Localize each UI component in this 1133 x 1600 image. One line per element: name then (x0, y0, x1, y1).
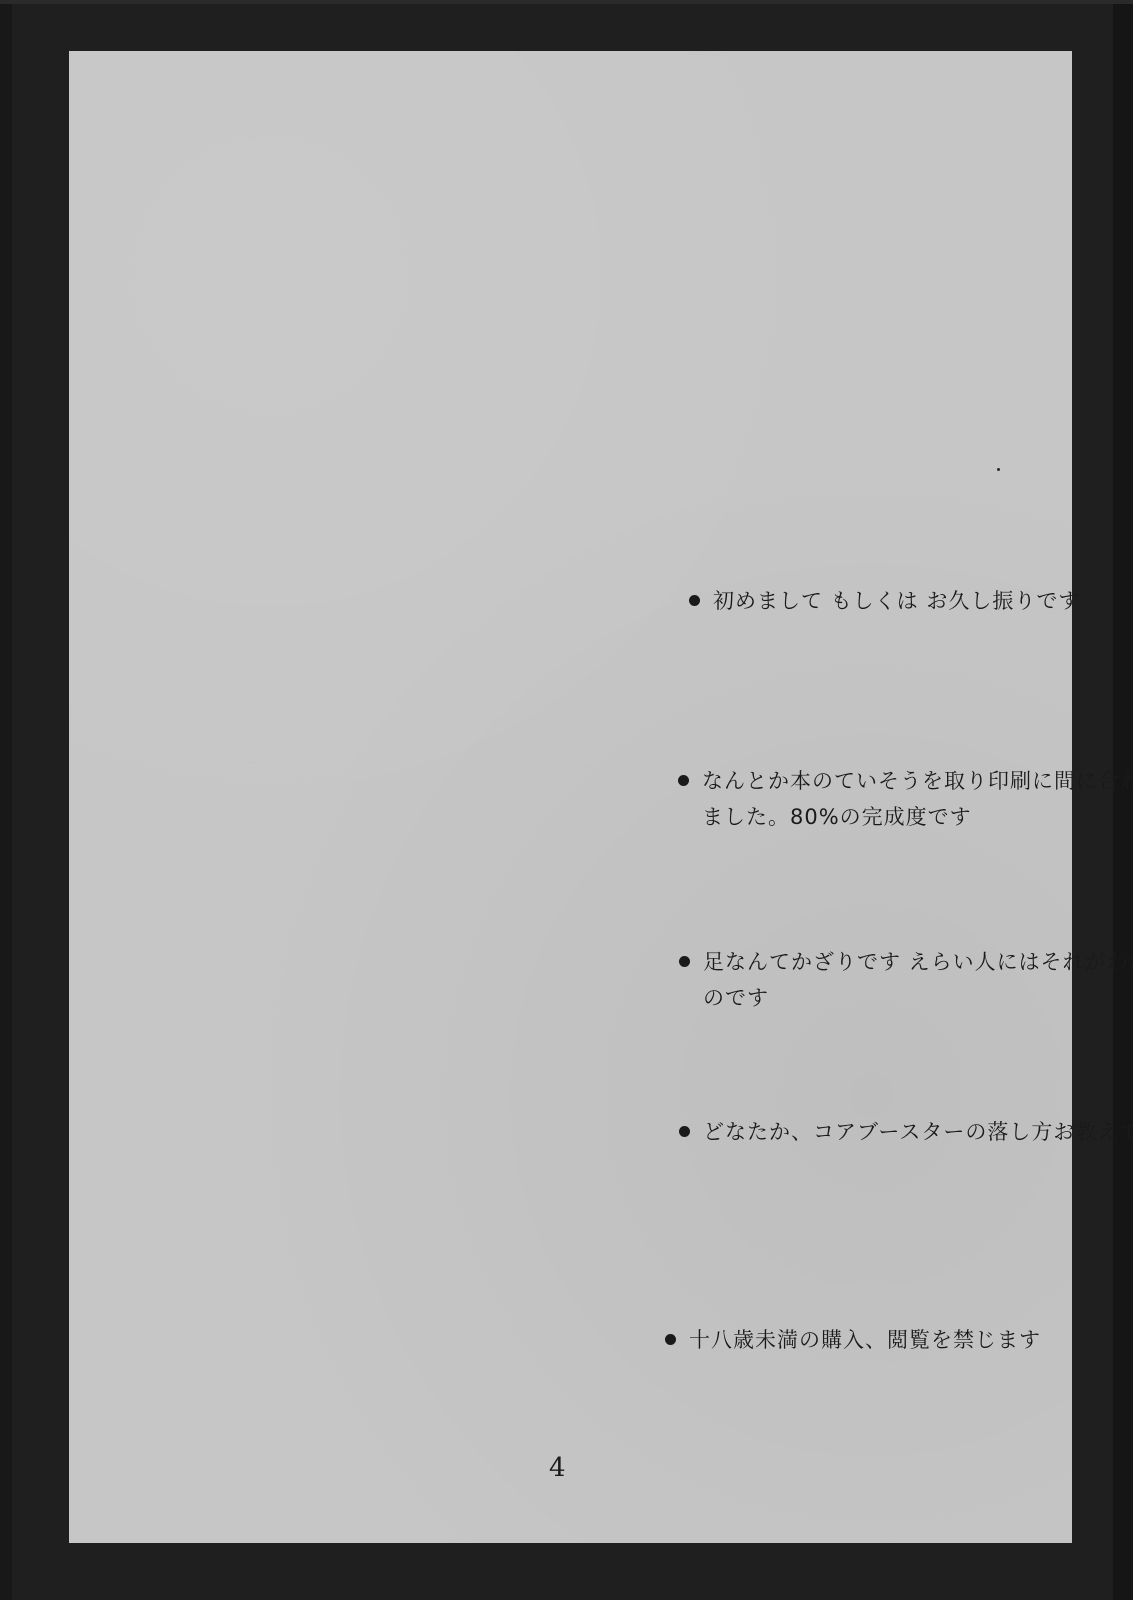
afterword-notes: 初めまして もしくは お久し振りです なんとか本のていそうを取り印刷に間に合わせ… (69, 51, 1072, 1543)
paper-page: 初めまして もしくは お久し振りです なんとか本のていそうを取り印刷に間に合わせ… (69, 51, 1072, 1543)
note-item: 初めまして もしくは お久し振りです (713, 583, 1080, 619)
scan-border-left (0, 0, 12, 1600)
note-line: 初めまして もしくは お久し振りです (713, 583, 1080, 619)
page-number: 4 (549, 1453, 566, 1483)
bullet-icon (678, 775, 689, 786)
note-item: なんとか本のていそうを取り印刷に間に合わせ ました。80%の完成度です (702, 763, 1133, 835)
note-item: 十八歳未満の購入、閲覧を禁じます (689, 1322, 1041, 1358)
note-line: 足なんてかざりです えらい人にはそれがわからん (703, 944, 1133, 980)
bullet-icon (679, 956, 690, 967)
note-line: なんとか本のていそうを取り印刷に間に合わせ (702, 763, 1133, 799)
note-item: 足なんてかざりです えらい人にはそれがわからん のです (703, 944, 1133, 1016)
note-line: ました。80%の完成度です (702, 799, 1133, 835)
note-line: のです (703, 980, 1133, 1016)
bullet-icon (689, 595, 700, 606)
bullet-icon (679, 1126, 690, 1137)
bullet-icon (665, 1334, 676, 1345)
note-line: どなたか、コアブースターの落し方お教えて下さい (703, 1114, 1133, 1150)
scan-border-top (0, 0, 1133, 4)
note-item: どなたか、コアブースターの落し方お教えて下さい (703, 1114, 1133, 1150)
note-line: 十八歳未満の購入、閲覧を禁じます (689, 1322, 1041, 1358)
